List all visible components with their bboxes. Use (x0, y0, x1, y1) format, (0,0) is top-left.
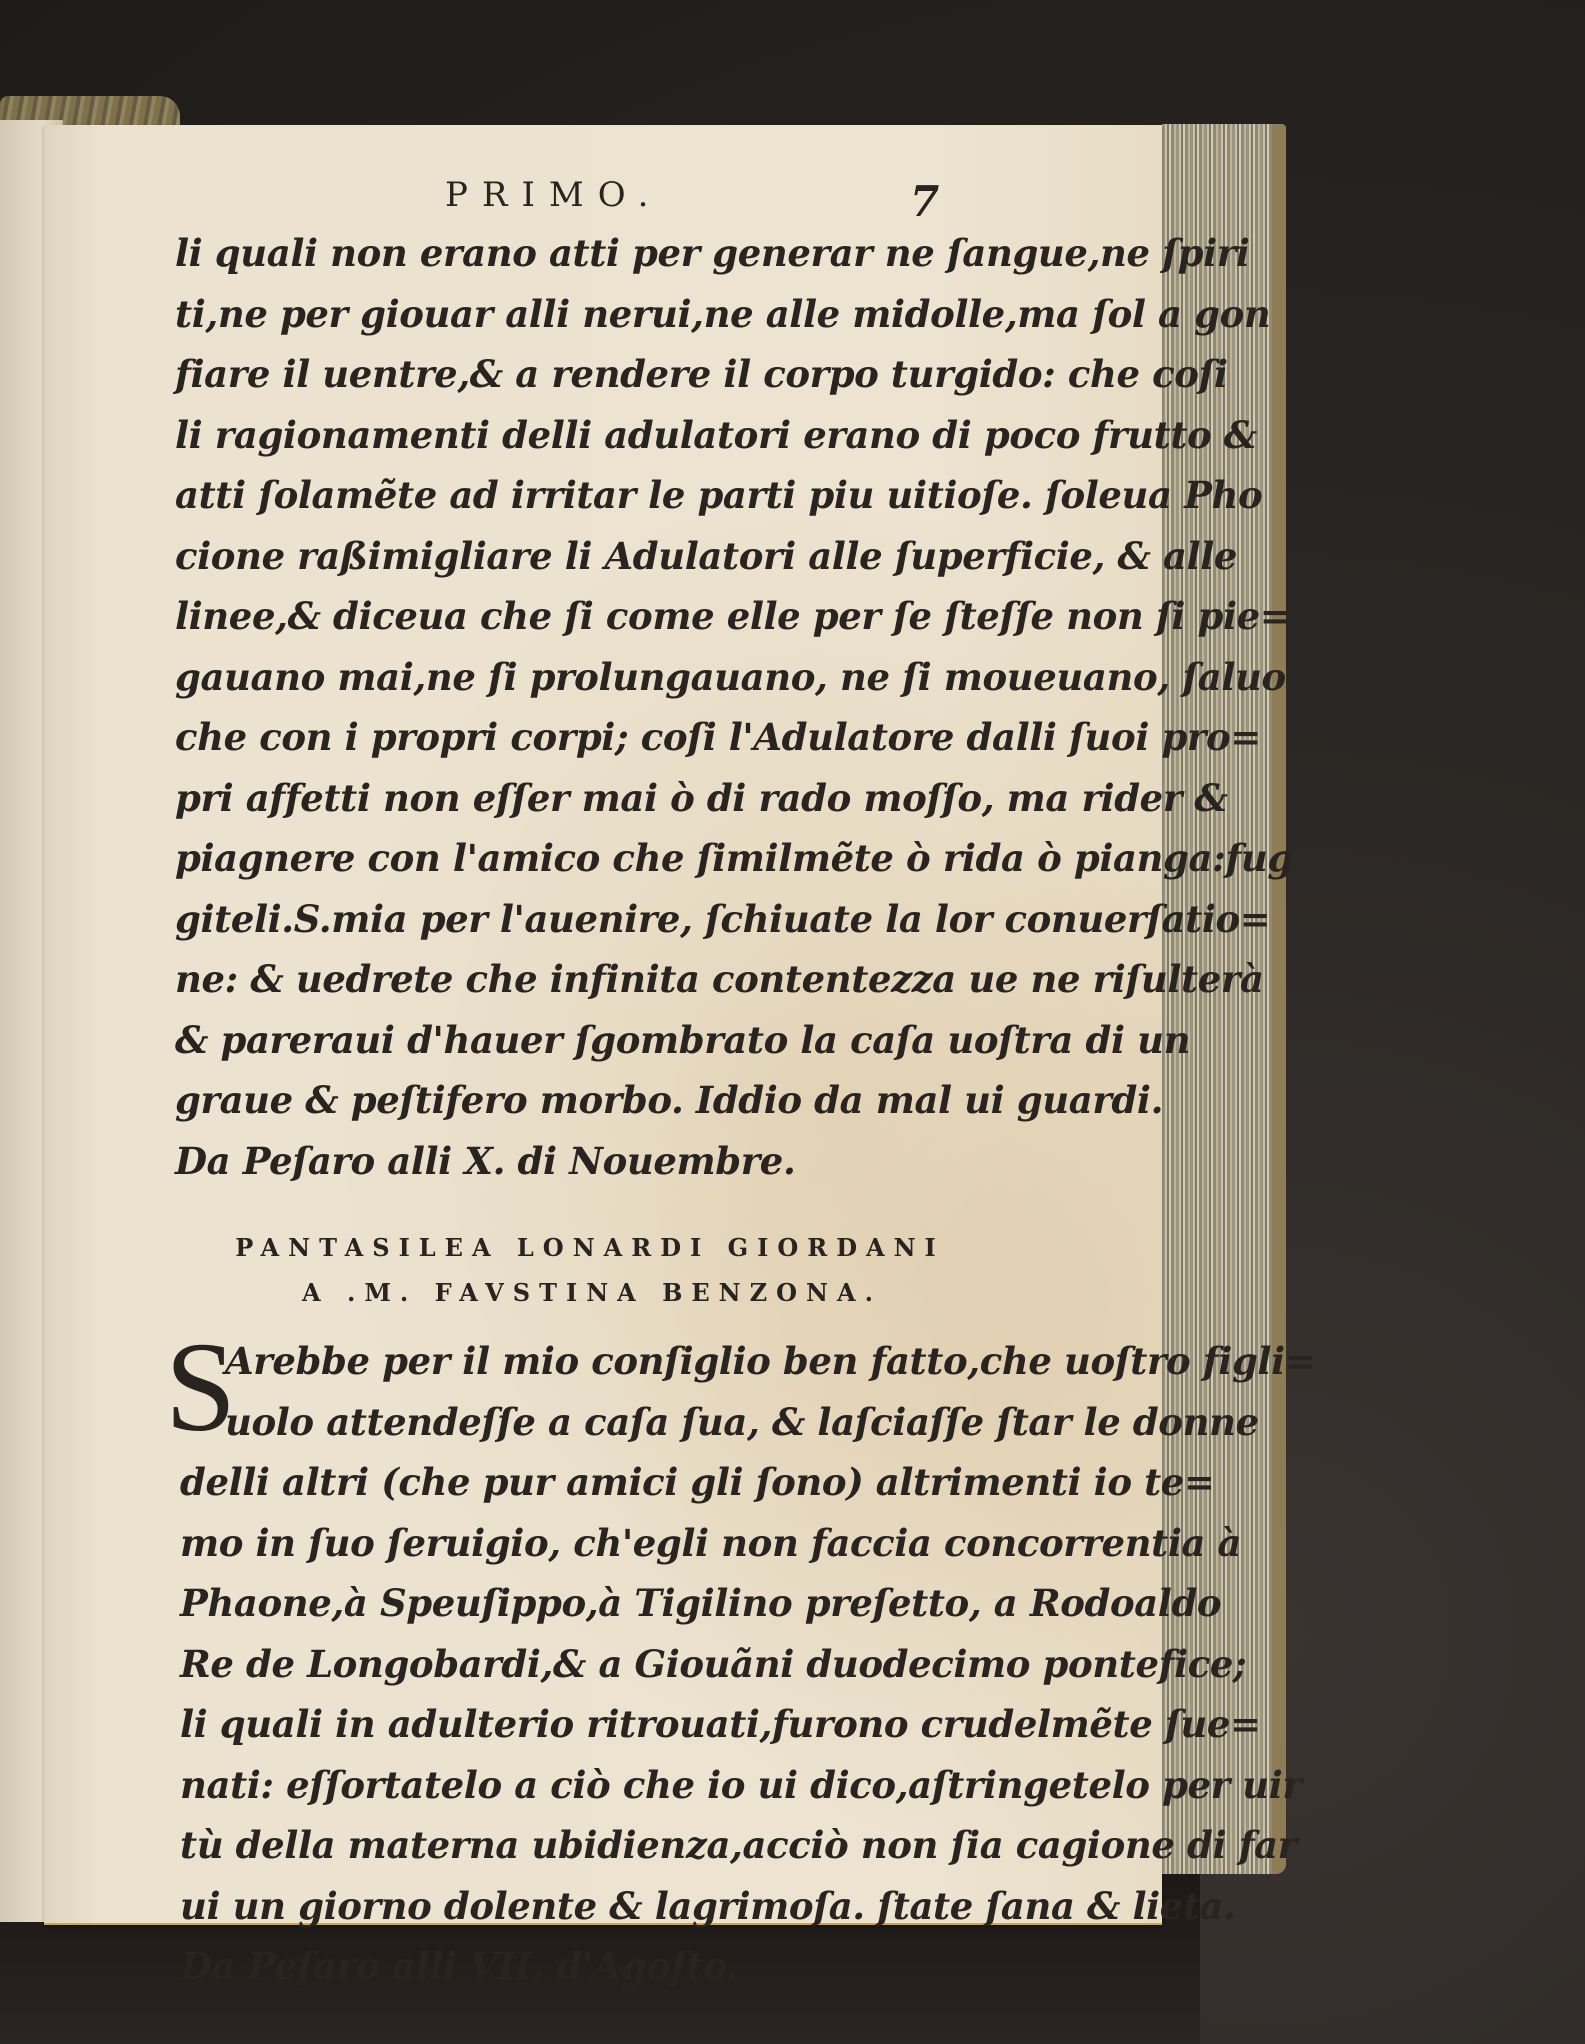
text-line: graue & peſtifero morbo. Iddio da mal ui… (175, 1070, 1005, 1131)
text-line: ti,ne per giouar alli nerui,ne alle mido… (175, 284, 1005, 345)
text-line: pri affetti non eſſer mai ò di rado moſſ… (175, 768, 1005, 829)
text-line: Arebbe per il mio conſiglio ben fatto,ch… (175, 1331, 1005, 1392)
text-line: tù della materna ubidienza,acciò non ſia… (175, 1815, 1005, 1876)
text-line: Re de Longobardi,& a Giouãni duodecimo p… (175, 1634, 1005, 1695)
page-text-block: PRIMO. 7 li quali non erano atti per gen… (175, 175, 1005, 1997)
text-line: uolo attendeſſe a caſa ſua, & laſciaſſe … (175, 1392, 1005, 1453)
text-line: delli altri (che pur amici gli ſono) alt… (175, 1452, 1005, 1513)
letter-2-dateline: Da Peſaro alli VII. d'Agoſto. (175, 1936, 1005, 1997)
running-title: PRIMO. (445, 175, 662, 215)
drop-cap: S (165, 1327, 236, 1447)
text-line: giteli.S.mia per l'auenire, ſchiuate la … (175, 889, 1005, 950)
text-line: gauano mai,ne ſi prolungauano, ne ſi mou… (175, 647, 1005, 708)
text-line: li quali in adulterio ritrouati,furono c… (175, 1694, 1005, 1755)
text-line: fiare il uentre,& a rendere il corpo tur… (175, 344, 1005, 405)
running-head: PRIMO. 7 (175, 175, 1005, 223)
text-line: piagnere con l'amico che ſimilmẽte ò rid… (175, 828, 1005, 889)
letter-1-dateline: Da Peſaro alli X. di Nouembre. (175, 1131, 1005, 1192)
page-number: 7 (910, 177, 939, 226)
text-line: ui un giorno dolente & lagrimoſa. ſtate … (175, 1876, 1005, 1937)
text-line: nati: eſſortatelo a ciò che io ui dico,a… (175, 1755, 1005, 1816)
text-line: ne: & uedrete che infinita contentezza u… (175, 949, 1005, 1010)
letter-2-body: S Arebbe per il mio conſiglio ben fatto,… (175, 1331, 1005, 1997)
text-line: cione raßimigliare li Adulatori alle ſup… (175, 526, 1005, 587)
letter-1-body: li quali non erano atti per generar ne ſ… (175, 223, 1005, 1191)
text-line: Phaone,à Speuſippo,à Tigilino preſetto, … (175, 1573, 1005, 1634)
text-line: linee,& diceua che ſi come elle per ſe ſ… (175, 586, 1005, 647)
text-line: li quali non erano atti per generar ne ſ… (175, 223, 1005, 284)
text-line: mo in ſuo ſeruigio, ch'egli non faccia c… (175, 1513, 1005, 1574)
text-line: che con i propri corpi; coſi l'Adulatore… (175, 707, 1005, 768)
letter-2-heading-recipient: A .M. FAVSTINA BENZONA. (175, 1278, 1005, 1307)
letter-2-heading-sender: PANTASILEA LONARDI GIORDANI (175, 1233, 1005, 1262)
text-line: & pareraui d'hauer ſgombrato la caſa uoſ… (175, 1010, 1005, 1071)
text-line: atti ſolamẽte ad irritar le parti piu ui… (175, 465, 1005, 526)
text-line: li ragionamenti delli adulatori erano di… (175, 405, 1005, 466)
